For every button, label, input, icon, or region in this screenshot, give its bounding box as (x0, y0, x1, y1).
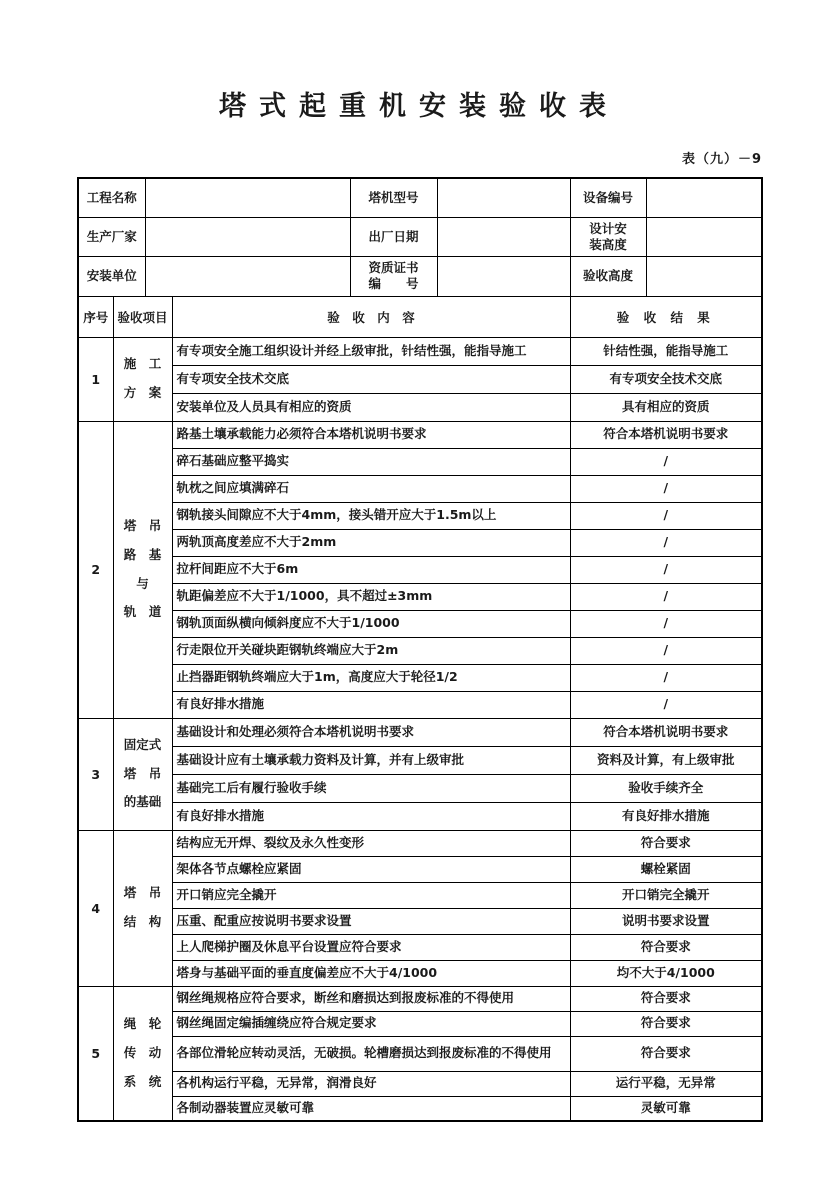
column-header-result: 验 收 结 果 (570, 296, 762, 337)
inspection-content-cell: 结构应无开焊、裂纹及永久性变形 (172, 830, 570, 856)
info-field-cert-no (437, 256, 570, 296)
inspection-content-cell: 轨枕之间应填满碎石 (172, 475, 570, 502)
inspection-content-cell: 安装单位及人员具有相应的资质 (172, 393, 570, 421)
table-row: 架体各节点螺栓应紧固 螺栓紧固 (78, 856, 762, 882)
info-row-2: 生产厂家 出厂日期 设计安 装高度 (78, 217, 762, 256)
inspection-content-cell: 基础完工后有履行验收手续 (172, 774, 570, 802)
info-field-manufacturer (145, 217, 350, 256)
table-row: 钢轨顶面纵横向倾斜度应不大于1/1000 / (78, 610, 762, 637)
table-row: 塔身与基础平面的垂直度偏差应不大于4/1000 均不大于4/1000 (78, 960, 762, 986)
section-item-label: 塔 吊 路 基 与 轨 道 (113, 421, 172, 718)
info-field-install-unit (145, 256, 350, 296)
table-row: 钢丝绳固定编插缠绕应符合规定要求 符合要求 (78, 1011, 762, 1036)
inspection-content-cell: 钢轨顶面纵横向倾斜度应不大于1/1000 (172, 610, 570, 637)
inspection-result-cell: / (570, 664, 762, 691)
inspection-result-cell: / (570, 610, 762, 637)
table-row: 3 固定式 塔 吊 的基础 基础设计和处理必须符合本塔机说明书要求 符合本塔机说… (78, 718, 762, 746)
info-label-acceptance-height: 验收高度 (570, 256, 646, 296)
inspection-content-cell: 有良好排水措施 (172, 802, 570, 830)
inspection-result-cell: 资料及计算，有上级审批 (570, 746, 762, 774)
inspection-content-cell: 开口销应完全撬开 (172, 882, 570, 908)
section-number: 4 (78, 830, 113, 986)
info-field-crane-model (437, 178, 570, 217)
inspection-content-cell: 钢轨接头间隙应不大于4mm，接头错开应大于1.5m以上 (172, 502, 570, 529)
inspection-content-cell: 拉杆间距应不大于6m (172, 556, 570, 583)
inspection-result-cell: 具有相应的资质 (570, 393, 762, 421)
acceptance-table: 工程名称 塔机型号 设备编号 生产厂家 出厂日期 设计安 装高度 安装单位 资质… (77, 177, 763, 1122)
inspection-content-cell: 有良好排水措施 (172, 691, 570, 718)
inspection-result-cell: 有良好排水措施 (570, 802, 762, 830)
inspection-result-cell: 均不大于4/1000 (570, 960, 762, 986)
table-row: 各制动器装置应灵敏可靠 灵敏可靠 (78, 1096, 762, 1121)
inspection-result-cell: 符合要求 (570, 1036, 762, 1071)
inspection-result-cell: / (570, 529, 762, 556)
info-row-3: 安装单位 资质证书 编 号 验收高度 (78, 256, 762, 296)
table-row: 两轨顶高度差应不大于2mm / (78, 529, 762, 556)
table-row: 2 塔 吊 路 基 与 轨 道 路基土壤承载能力必须符合本塔机说明书要求 符合本… (78, 421, 762, 448)
table-row: 安装单位及人员具有相应的资质 具有相应的资质 (78, 393, 762, 421)
inspection-result-cell: 灵敏可靠 (570, 1096, 762, 1121)
inspection-content-cell: 压重、配重应按说明书要求设置 (172, 908, 570, 934)
inspection-content-cell: 上人爬梯护圈及休息平台设置应符合要求 (172, 934, 570, 960)
table-row: 5 绳 轮 传 动 系 统 钢丝绳规格应符合要求，断丝和磨损达到报废标准的不得使… (78, 986, 762, 1011)
inspection-result-cell: / (570, 448, 762, 475)
section-item-label: 绳 轮 传 动 系 统 (113, 986, 172, 1121)
table-row: 有良好排水措施 / (78, 691, 762, 718)
inspection-result-cell: / (570, 475, 762, 502)
inspection-result-cell: 符合要求 (570, 1011, 762, 1036)
inspection-content-cell: 钢丝绳固定编插缠绕应符合规定要求 (172, 1011, 570, 1036)
inspection-result-cell: 验收手续齐全 (570, 774, 762, 802)
table-row: 4 塔 吊 结 构 结构应无开焊、裂纹及永久性变形 符合要求 (78, 830, 762, 856)
info-label-equipment-no: 设备编号 (570, 178, 646, 217)
info-label-factory-date: 出厂日期 (350, 217, 437, 256)
table-row: 轨枕之间应填满碎石 / (78, 475, 762, 502)
column-header-row: 序号 验收项目 验 收 内 容 验 收 结 果 (78, 296, 762, 337)
document-page: 塔式起重机安装验收表 表（九）－9 工程名称 塔机型号 设备编号 生产厂家 出厂… (0, 0, 838, 1186)
section-number: 1 (78, 337, 113, 421)
inspection-result-cell: / (570, 502, 762, 529)
inspection-content-cell: 基础设计和处理必须符合本塔机说明书要求 (172, 718, 570, 746)
info-label-cert-no: 资质证书 编 号 (350, 256, 437, 296)
table-row: 各机构运行平稳，无异常，润滑良好 运行平稳，无异常 (78, 1071, 762, 1096)
inspection-result-cell: 符合要求 (570, 934, 762, 960)
info-field-acceptance-height (646, 256, 762, 296)
info-row-1: 工程名称 塔机型号 设备编号 (78, 178, 762, 217)
inspection-result-cell: 开口销完全撬开 (570, 882, 762, 908)
inspection-content-cell: 钢丝绳规格应符合要求，断丝和磨损达到报废标准的不得使用 (172, 986, 570, 1011)
inspection-content-cell: 两轨顶高度差应不大于2mm (172, 529, 570, 556)
info-field-design-height (646, 217, 762, 256)
table-row: 开口销应完全撬开 开口销完全撬开 (78, 882, 762, 908)
inspection-result-cell: 符合要求 (570, 830, 762, 856)
inspection-content-cell: 各部位滑轮应转动灵活，无破损。轮槽磨损达到报废标准的不得使用 (172, 1036, 570, 1071)
info-label-manufacturer: 生产厂家 (78, 217, 145, 256)
section-item-label: 塔 吊 结 构 (113, 830, 172, 986)
inspection-content-cell: 各制动器装置应灵敏可靠 (172, 1096, 570, 1121)
inspection-content-cell: 行走限位开关碰块距钢轨终端应大于2m (172, 637, 570, 664)
inspection-result-cell: 符合要求 (570, 986, 762, 1011)
inspection-content-cell: 塔身与基础平面的垂直度偏差应不大于4/1000 (172, 960, 570, 986)
table-row: 各部位滑轮应转动灵活，无破损。轮槽磨损达到报废标准的不得使用 符合要求 (78, 1036, 762, 1071)
table-row: 有良好排水措施 有良好排水措施 (78, 802, 762, 830)
table-row: 轨距偏差应不大于1/1000，具不超过±3mm / (78, 583, 762, 610)
document-title: 塔式起重机安装验收表 (0, 84, 838, 123)
table-row: 止挡器距钢轨终端应大于1m，高度应大于轮径1/2 / (78, 664, 762, 691)
inspection-result-cell: 针结性强，能指导施工 (570, 337, 762, 365)
table-row: 基础完工后有履行验收手续 验收手续齐全 (78, 774, 762, 802)
inspection-content-cell: 各机构运行平稳，无异常，润滑良好 (172, 1071, 570, 1096)
inspection-result-cell: 符合本塔机说明书要求 (570, 421, 762, 448)
info-field-project-name (145, 178, 350, 217)
inspection-content-cell: 碎石基础应整平捣实 (172, 448, 570, 475)
inspection-result-cell: / (570, 583, 762, 610)
table-row: 1 施 工 方 案 有专项安全施工组织设计并经上级审批，针结性强，能指导施工 针… (78, 337, 762, 365)
info-field-factory-date (437, 217, 570, 256)
table-row: 行走限位开关碰块距钢轨终端应大于2m / (78, 637, 762, 664)
inspection-result-cell: 螺栓紧固 (570, 856, 762, 882)
table-row: 基础设计应有土壤承载力资料及计算，并有上级审批 资料及计算，有上级审批 (78, 746, 762, 774)
section-item-label: 固定式 塔 吊 的基础 (113, 718, 172, 830)
inspection-result-cell: / (570, 637, 762, 664)
table-row: 钢轨接头间隙应不大于4mm，接头错开应大于1.5m以上 / (78, 502, 762, 529)
inspection-content-cell: 路基土壤承载能力必须符合本塔机说明书要求 (172, 421, 570, 448)
table-row: 有专项安全技术交底 有专项安全技术交底 (78, 365, 762, 393)
inspection-result-cell: 运行平稳，无异常 (570, 1071, 762, 1096)
section-number: 5 (78, 986, 113, 1121)
inspection-result-cell: / (570, 691, 762, 718)
section-number: 3 (78, 718, 113, 830)
column-header-item: 验收项目 (113, 296, 172, 337)
info-label-crane-model: 塔机型号 (350, 178, 437, 217)
inspection-content-cell: 基础设计应有土壤承载力资料及计算，并有上级审批 (172, 746, 570, 774)
table-number-label: 表（九）－9 (682, 148, 762, 167)
inspection-result-cell: 符合本塔机说明书要求 (570, 718, 762, 746)
inspection-content-cell: 轨距偏差应不大于1/1000，具不超过±3mm (172, 583, 570, 610)
table-row: 上人爬梯护圈及休息平台设置应符合要求 符合要求 (78, 934, 762, 960)
column-header-content: 验 收 内 容 (172, 296, 570, 337)
section-number: 2 (78, 421, 113, 718)
inspection-result-cell: 有专项安全技术交底 (570, 365, 762, 393)
section-item-label: 施 工 方 案 (113, 337, 172, 421)
table-row: 碎石基础应整平捣实 / (78, 448, 762, 475)
info-label-design-height: 设计安 装高度 (570, 217, 646, 256)
inspection-content-cell: 架体各节点螺栓应紧固 (172, 856, 570, 882)
inspection-content-cell: 有专项安全技术交底 (172, 365, 570, 393)
inspection-result-cell: 说明书要求设置 (570, 908, 762, 934)
inspection-content-cell: 有专项安全施工组织设计并经上级审批，针结性强，能指导施工 (172, 337, 570, 365)
info-field-equipment-no (646, 178, 762, 217)
inspection-content-cell: 止挡器距钢轨终端应大于1m，高度应大于轮径1/2 (172, 664, 570, 691)
info-label-project-name: 工程名称 (78, 178, 145, 217)
info-label-install-unit: 安装单位 (78, 256, 145, 296)
table-row: 压重、配重应按说明书要求设置 说明书要求设置 (78, 908, 762, 934)
column-header-no: 序号 (78, 296, 113, 337)
inspection-result-cell: / (570, 556, 762, 583)
table-row: 拉杆间距应不大于6m / (78, 556, 762, 583)
